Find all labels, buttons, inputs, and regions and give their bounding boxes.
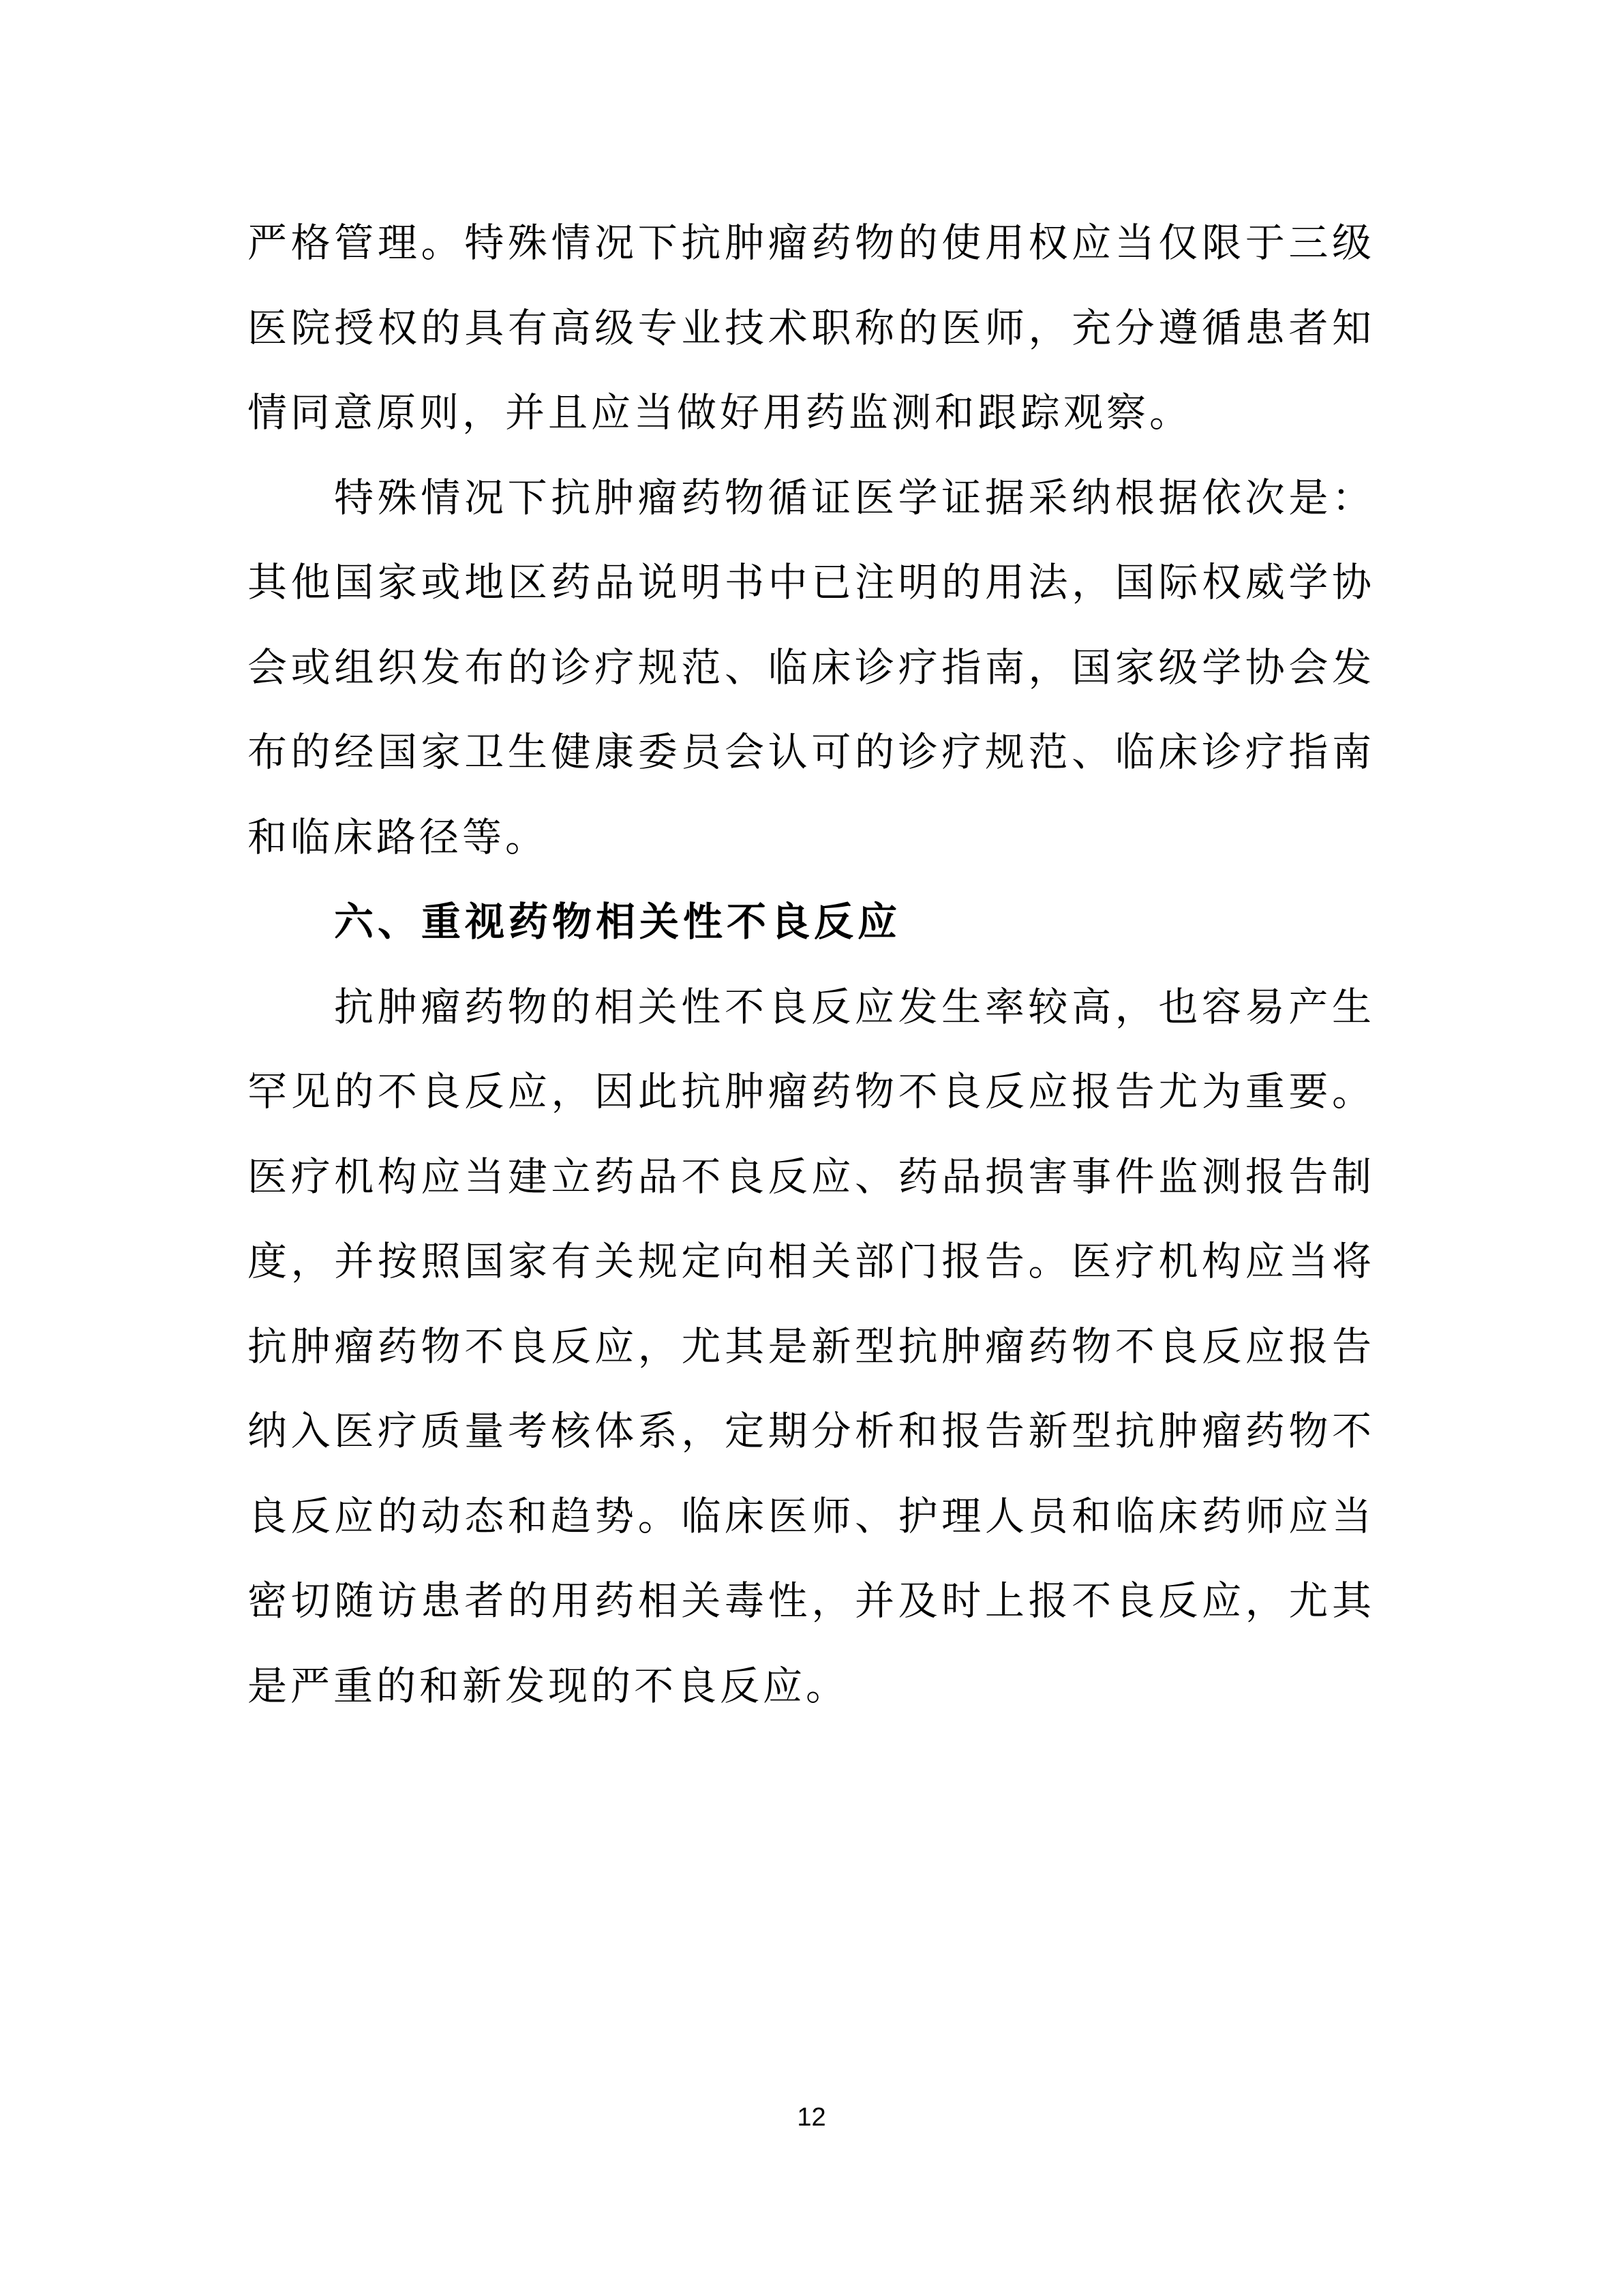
- text-line: 医疗机构应当建立药品不良反应、药品损害事件监测报告制: [247, 1135, 1375, 1220]
- text-line: 抗肿瘤药物不良反应，尤其是新型抗肿瘤药物不良反应报告: [247, 1305, 1375, 1390]
- text-line: 会或组织发布的诊疗规范、临床诊疗指南，国家级学协会发: [247, 626, 1375, 711]
- text-line: 严格管理。特殊情况下抗肿瘤药物的使用权应当仅限于三级: [247, 201, 1375, 286]
- text-line: 密切随访患者的用药相关毒性，并及时上报不良反应，尤其: [247, 1559, 1375, 1644]
- document-text-block: 严格管理。特殊情况下抗肿瘤药物的使用权应当仅限于三级医院授权的具有高级专业技术职…: [247, 201, 1375, 1729]
- page-number: 12: [0, 2103, 1623, 2132]
- text-line: 抗肿瘤药物的相关性不良反应发生率较高，也容易产生: [247, 965, 1375, 1051]
- text-line: 罕见的不良反应，因此抗肿瘤药物不良反应报告尤为重要。: [247, 1050, 1375, 1135]
- text-line: 特殊情况下抗肿瘤药物循证医学证据采纳根据依次是：: [247, 456, 1375, 541]
- document-page: 严格管理。特殊情况下抗肿瘤药物的使用权应当仅限于三级医院授权的具有高级专业技术职…: [0, 0, 1623, 2296]
- text-line: 情同意原则，并且应当做好用药监测和跟踪观察。: [247, 371, 1375, 456]
- text-line: 医院授权的具有高级专业技术职称的医师，充分遵循患者知: [247, 286, 1375, 372]
- text-line: 布的经国家卫生健康委员会认可的诊疗规范、临床诊疗指南: [247, 710, 1375, 796]
- text-line: 良反应的动态和趋势。临床医师、护理人员和临床药师应当: [247, 1475, 1375, 1560]
- section-heading: 六、重视药物相关性不良反应: [247, 880, 1375, 965]
- text-line: 是严重的和新发现的不良反应。: [247, 1644, 1375, 1729]
- text-line: 度，并按照国家有关规定向相关部门报告。医疗机构应当将: [247, 1220, 1375, 1305]
- text-line: 和临床路径等。: [247, 796, 1375, 881]
- text-line: 纳入医疗质量考核体系，定期分析和报告新型抗肿瘤药物不: [247, 1389, 1375, 1475]
- text-line: 其他国家或地区药品说明书中已注明的用法，国际权威学协: [247, 541, 1375, 626]
